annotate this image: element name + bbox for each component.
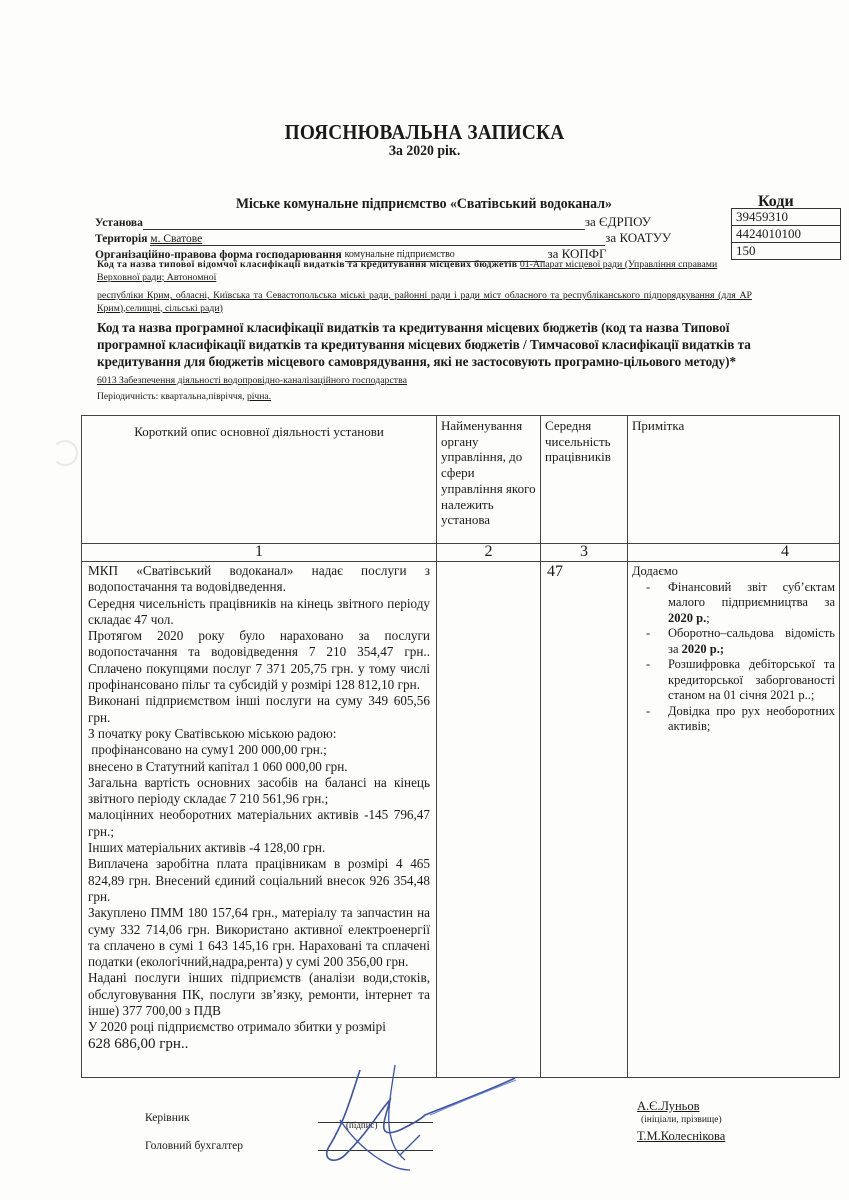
desc-paragraph: У 2020 році підприємство отримало збитки…: [88, 1019, 430, 1035]
note-intro: Додаємо: [632, 564, 835, 580]
codes-box: 39459310 4424010100 150: [731, 208, 841, 260]
desc-paragraph: профінансовано на суму1 200 000,00 грн.;: [88, 742, 430, 758]
program-class-label: Код та назва програмної класифікації вид…: [97, 320, 751, 369]
program-classification: Код та назва програмної класифікації вид…: [97, 319, 757, 389]
desc-paragraph: Виконані підприємством інші послуги на с…: [88, 693, 430, 726]
attachment-item: Довідка про рух необоротних активів;: [632, 704, 835, 735]
desc-paragraph: Загальна вартість основних засобів на ба…: [88, 775, 430, 808]
program-class-value: 6013 Забезпечення діяльності водопровідн…: [97, 375, 407, 386]
desc-paragraph: МКП «Сватівський водоканал» надає послуг…: [88, 563, 430, 596]
territory-value: м. Сватове: [150, 233, 202, 245]
periodicity-label: Періодичність: квартальна,півріччя,: [97, 391, 245, 402]
dept-class-value-cont: республіки Крим, обласні, Київська та Се…: [97, 290, 752, 315]
avg-employees-cell: 47: [541, 562, 628, 1078]
header-governing-body: Найменування органу управління, до сфери…: [437, 416, 541, 544]
dept-class-label: Код та назва типової відомчої класифікац…: [97, 259, 517, 270]
territory-row: Територія м. Сватовеза КОАТУУ: [95, 230, 671, 246]
header-avg-employees: Середня чисельність працівників: [541, 416, 628, 544]
attachment-item: Фінансовий звіт суб’єктам малого підприє…: [632, 580, 835, 627]
document-subtitle: За 2020 рік.: [34, 143, 815, 160]
desc-paragraph: Інших матеріальних активів -4 128,00 грн…: [88, 840, 430, 856]
attachment-item: Оборотно–сальдова відомість за 2020 р.;: [632, 626, 835, 657]
dept-classification: Код та назва типової відомчої класифікац…: [97, 259, 752, 315]
koatuu-code: 4424010100: [732, 226, 840, 243]
accountant-label: Головний бухгалтер: [145, 1140, 243, 1152]
loss-amount: 628 686,00 грн..: [88, 1036, 430, 1052]
desc-paragraph: Закуплено ПММ 180 157,64 грн., матеріалу…: [88, 905, 430, 970]
column-number-1: 1: [82, 544, 437, 562]
head-label: Керівник: [145, 1112, 190, 1124]
header-note: Примітка: [628, 416, 840, 544]
edrpou-label: за ЄДРПОУ: [585, 214, 651, 229]
activity-description: МКП «Сватівський водоканал» надає послуг…: [82, 562, 437, 1078]
organization-name: Міське комунальне підприємство «Сватівсь…: [236, 196, 612, 213]
desc-paragraph: Виплачена заробітна плата працівникам в …: [88, 856, 430, 905]
attachments-list: Фінансовий звіт суб’єктам малого підприє…: [632, 580, 835, 735]
column-number-2: 2: [437, 544, 541, 562]
kopfg-code: 150: [732, 243, 840, 259]
periodicity: Періодичність: квартальна,півріччя, річн…: [97, 391, 271, 402]
initials-caption: (ініціали, прізвище): [641, 1115, 722, 1125]
table-row: МКП «Сватівський водоканал» надає послуг…: [82, 562, 840, 1078]
institution-label: Установа: [95, 217, 143, 229]
institution-row: Установаза ЄДРПОУ: [95, 214, 651, 230]
accountant-name: Т.М.Колеснікова: [637, 1129, 725, 1144]
scan-artifact: [52, 440, 78, 466]
edrpou-code: 39459310: [732, 209, 840, 226]
signature-icon: [300, 1060, 530, 1180]
activity-table: Короткий опис основної діяльності устано…: [81, 415, 840, 1078]
column-number-4: 4: [628, 544, 840, 562]
column-number-row: 1 2 3 4: [82, 544, 840, 562]
koatuu-label: за КОАТУУ: [605, 230, 671, 245]
document-title: ПОЯСНЮВАЛЬНА ЗАПИСКА: [34, 120, 815, 145]
territory-label: Територія: [95, 233, 147, 245]
desc-paragraph: внесено в Статутний капітал 1 060 000,00…: [88, 759, 430, 775]
attachment-item: Розшифровка дебіторської та кредиторсько…: [632, 657, 835, 704]
periodicity-value: річна.: [247, 391, 271, 402]
desc-paragraph: Надані послуги інших підприємств (аналіз…: [88, 970, 430, 1019]
desc-paragraph: Середня чисельність працівників на кінец…: [88, 596, 430, 629]
desc-paragraph: З початку року Сватівською міською радою…: [88, 726, 430, 742]
governing-body-cell: [437, 562, 541, 1078]
table-header-row: Короткий опис основної діяльності устано…: [82, 416, 840, 544]
institution-field: [143, 217, 585, 230]
column-number-3: 3: [541, 544, 628, 562]
desc-paragraph: Протягом 2020 року було нараховано за по…: [88, 628, 430, 693]
note-cell: Додаємо Фінансовий звіт суб’єктам малого…: [628, 562, 840, 1078]
desc-paragraph: малоцінних необоротних матеріальних акти…: [88, 807, 430, 840]
head-name: А.Є.Луньов: [637, 1099, 700, 1114]
header-description: Короткий опис основної діяльності устано…: [82, 416, 437, 544]
